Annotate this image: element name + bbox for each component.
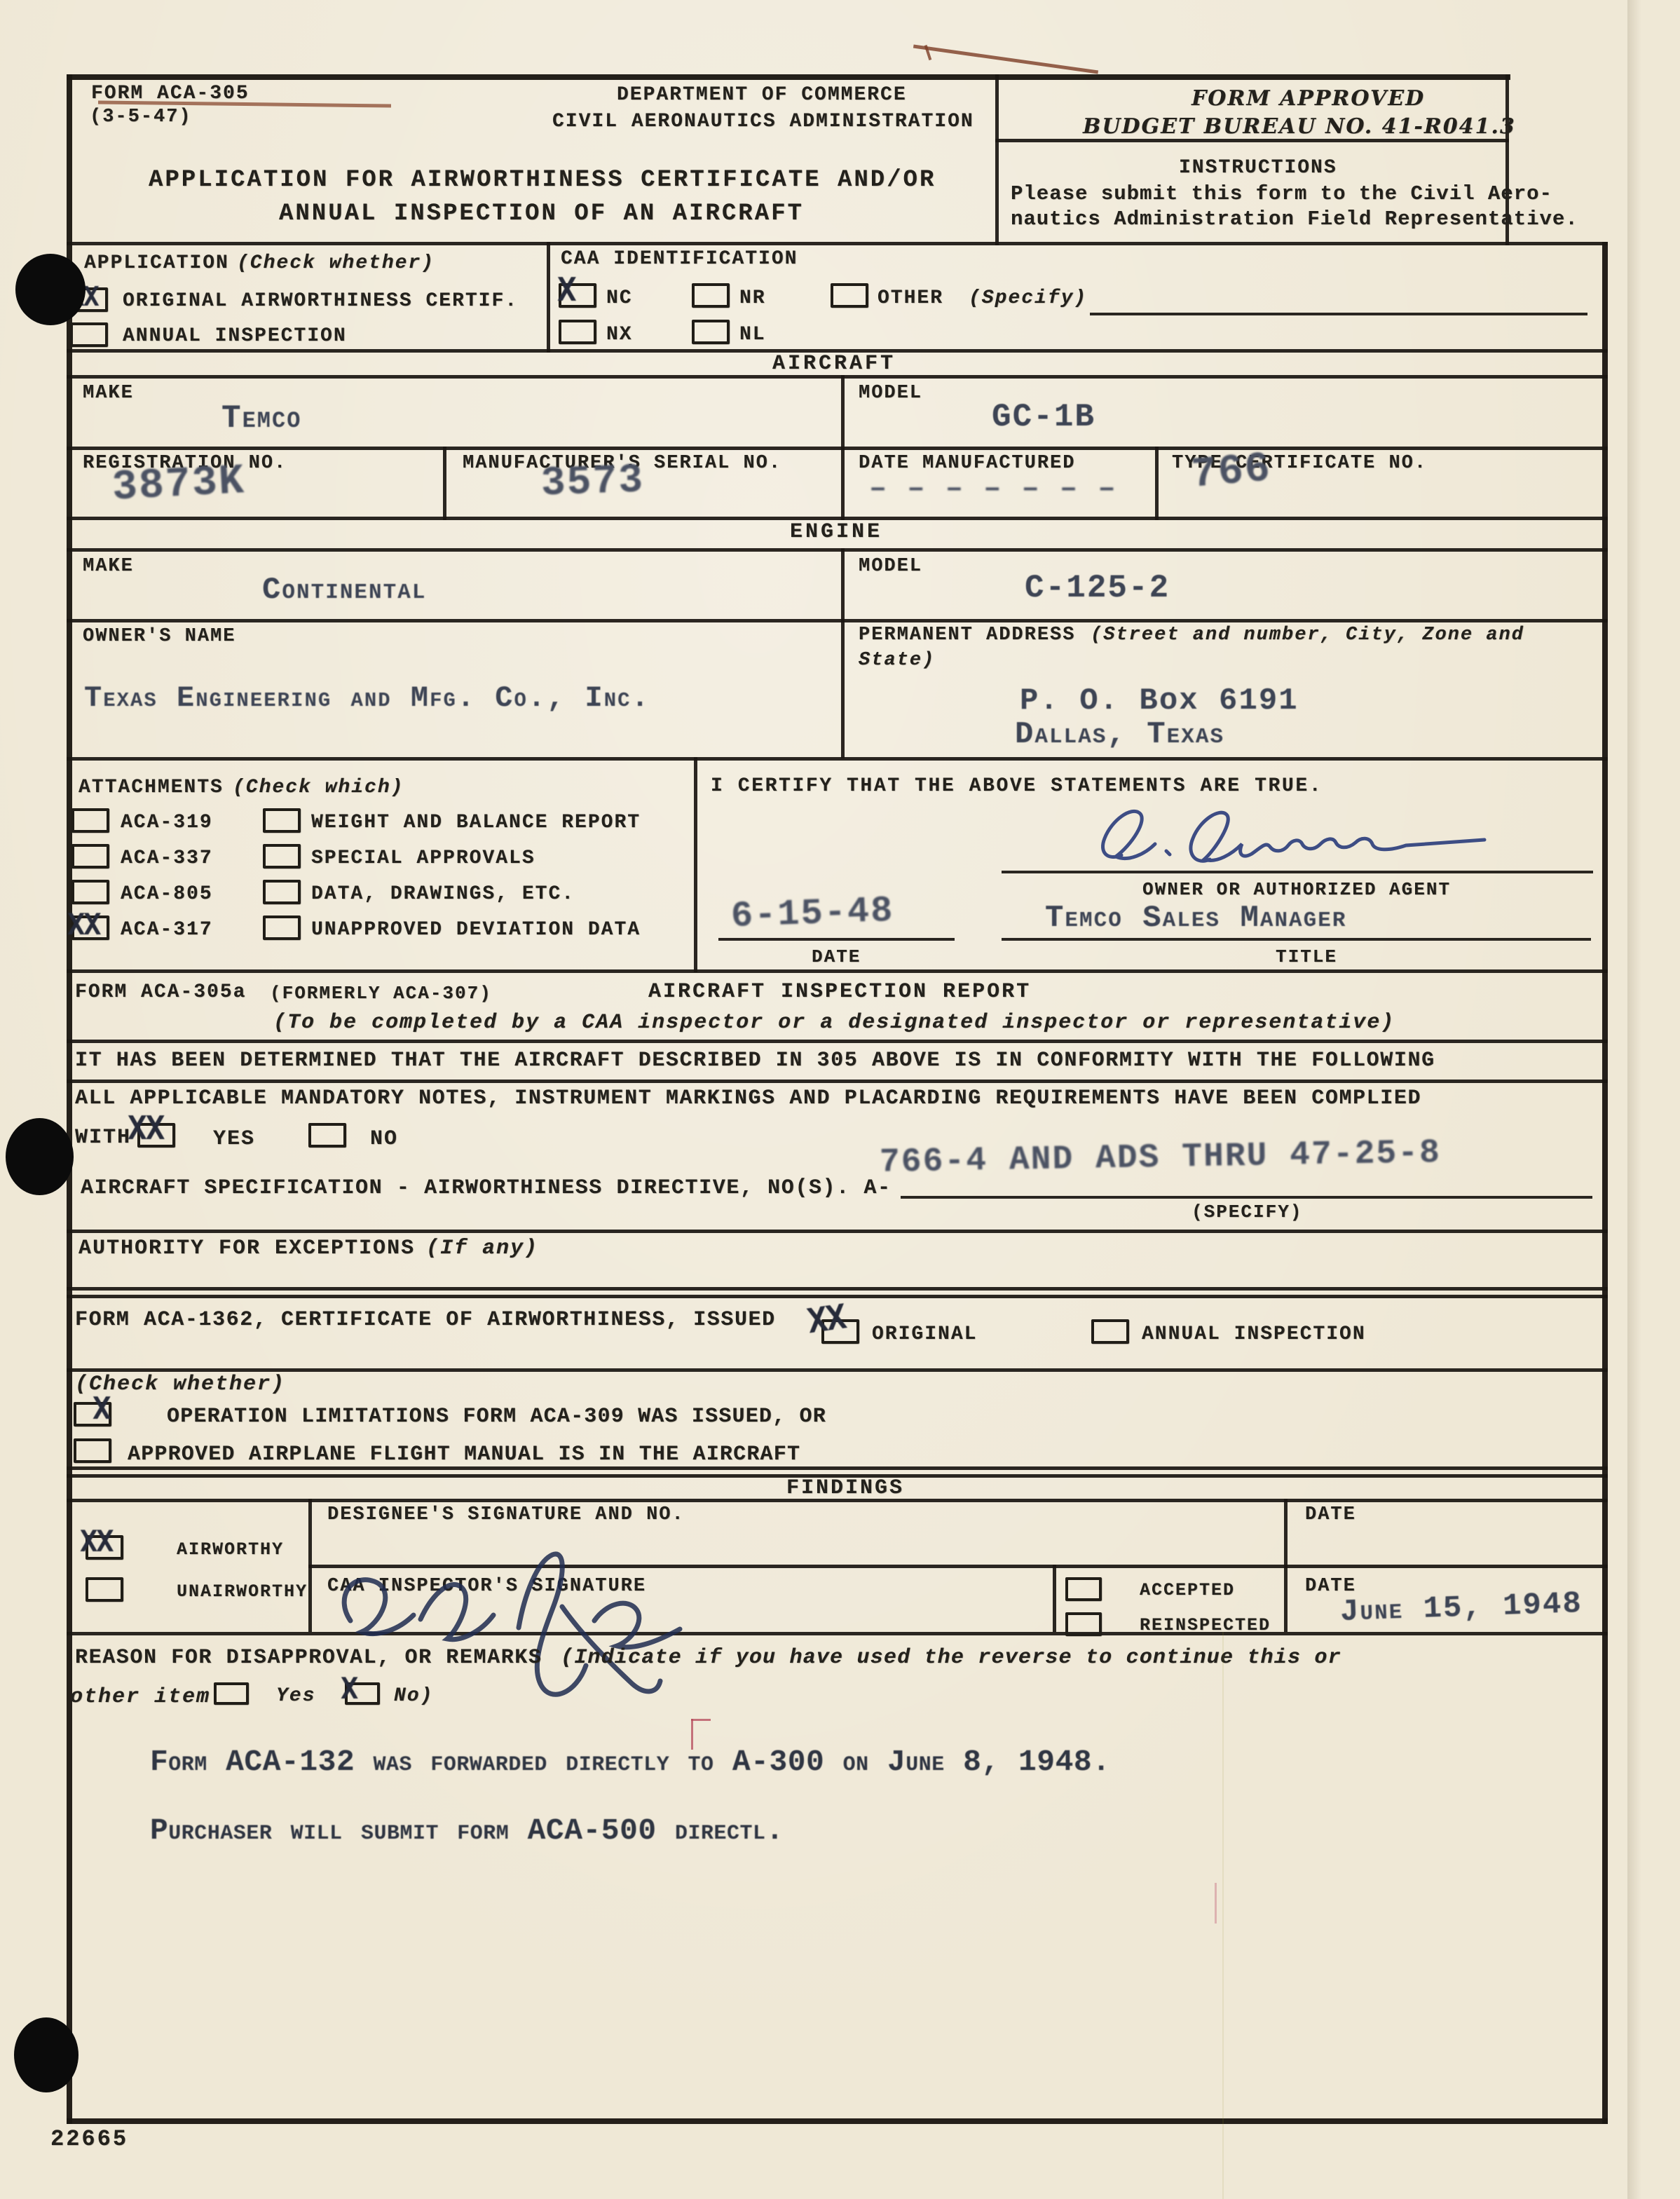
airworthy-mark: XX	[80, 1527, 113, 1556]
unairworthy-checkbox	[86, 1577, 123, 1602]
owner-line-label: OWNER OR AUTHORIZED AGENT	[1142, 880, 1451, 899]
attachments-hint: (Check which)	[233, 778, 404, 798]
findings-date-value: June 15, 1948	[1339, 1588, 1583, 1628]
address-value-line1: P. O. Box 6191	[1020, 686, 1299, 716]
report-formerly: (FORMERLY ACA-307)	[270, 984, 492, 1002]
specify-label: (SPECIFY)	[1191, 1203, 1302, 1221]
authority-label: AUTHORITY FOR EXCEPTIONS	[78, 1238, 415, 1259]
unapproved-deviation-checkbox	[263, 915, 301, 940]
report-title: AIRCRAFT INSPECTION REPORT	[648, 981, 1031, 1002]
line-r17	[67, 1632, 1608, 1635]
aircraft-section-title: AIRCRAFT	[772, 353, 896, 374]
date-mfg-value: – – – – – – –	[869, 474, 1117, 503]
hole-punch-bottom	[14, 2017, 78, 2092]
reason-label: REASON FOR DISAPPROVAL, OR REMARKS	[75, 1647, 542, 1668]
issued-original-label: ORIGINAL	[872, 1325, 977, 1344]
no-label: NO	[370, 1129, 398, 1150]
other-specify-line	[1090, 313, 1587, 315]
line-r4	[67, 447, 1608, 450]
certify-date-label: DATE	[812, 948, 861, 966]
annual-inspection-checkbox	[70, 322, 108, 347]
authority-hint: (If any)	[426, 1238, 538, 1259]
airworthy-label: AIRWORTHY	[177, 1541, 284, 1558]
type-cert-value: 766	[1190, 448, 1273, 497]
border-top	[67, 74, 1510, 80]
other-label: OTHER	[877, 289, 943, 308]
accepted-checkbox	[1065, 1577, 1102, 1601]
special-approvals-checkbox	[263, 844, 301, 869]
engine-model-value: C-125-2	[1025, 572, 1170, 604]
footer-serial: 22665	[50, 2128, 128, 2151]
engine-make-label: MAKE	[83, 557, 134, 576]
op-limitations-label: OPERATION LIMITATIONS FORM ACA-309 WAS I…	[167, 1406, 826, 1427]
form-title-line1: APPLICATION FOR AIRWORTHINESS CERTIFICAT…	[149, 168, 936, 192]
mandatory-line1: ALL APPLICABLE MANDATORY NOTES, INSTRUME…	[75, 1088, 1421, 1109]
weight-balance-label: WEIGHT AND BALANCE REPORT	[311, 813, 641, 833]
yes-label: YES	[213, 1129, 255, 1150]
reverse-no-label: No)	[394, 1687, 433, 1706]
line-r1	[67, 242, 1608, 245]
yes-mark: XX	[128, 1112, 163, 1144]
line-r13a	[67, 1287, 1608, 1291]
line-r15a	[67, 1466, 1608, 1470]
nr-checkbox	[692, 283, 730, 308]
line-eng-col	[841, 548, 845, 758]
annual-inspection-label: ANNUAL INSPECTION	[123, 327, 347, 346]
form-revision: (3-5-47)	[90, 108, 192, 127]
department-line2: CIVIL AERONAUTICS ADMINISTRATION	[552, 112, 974, 132]
remark-line2: Purchaser will submit form ACA-500 direc…	[150, 1816, 784, 1846]
reverse-yes-label: Yes	[276, 1687, 315, 1706]
certify-title-value: Temco Sales Manager	[1045, 903, 1346, 934]
line-r11	[67, 1080, 1608, 1083]
aircraft-model-value: GC-1B	[992, 401, 1095, 433]
issued-annual-checkbox	[1091, 1319, 1129, 1344]
address-hint1: (Street and number, City, Zone and	[1091, 626, 1524, 645]
application-hint: (Check whether)	[237, 254, 435, 273]
certify-date-line	[718, 938, 955, 941]
serial-value: 3573	[540, 461, 645, 505]
line-r10	[67, 1040, 1608, 1043]
instructions-line2: nautics Administration Field Representat…	[1011, 209, 1578, 229]
hole-punch-middle	[6, 1118, 74, 1195]
unapproved-deviation-label: UNAPPROVED DEVIATION DATA	[311, 920, 641, 940]
aircraft-make-value: Temco	[221, 402, 301, 435]
reason-hint1: (Indicate if you have used the reverse t…	[561, 1647, 1341, 1668]
red-pen-tick	[691, 1719, 693, 1750]
approved-line2: BUDGET BUREAU NO. 41-R041.3	[1083, 116, 1516, 137]
line-reg-serial	[443, 447, 446, 520]
aca-805-label: ACA-805	[121, 885, 213, 904]
date-mfg-label: DATE MANUFACTURED	[859, 454, 1075, 473]
reverse-yes-checkbox	[214, 1682, 249, 1705]
line-accepted-col	[1053, 1565, 1056, 1632]
aircraft-make-label: MAKE	[83, 384, 134, 403]
aca1362-label: FORM ACA-1362, CERTIFICATE OF AIRWORTHIN…	[75, 1309, 776, 1330]
line-app-caa	[547, 242, 550, 353]
certify-title-line	[1002, 938, 1591, 941]
aca-317-label: ACA-317	[121, 920, 213, 940]
determination-text: IT HAS BEEN DETERMINED THAT THE AIRCRAFT…	[75, 1050, 1435, 1071]
line-attach-cert	[694, 757, 697, 972]
report-subtitle: (To be completed by a CAA inspector or a…	[273, 1012, 1395, 1033]
engine-model-label: MODEL	[859, 557, 922, 576]
nc-label: NC	[606, 289, 633, 308]
designee-label: DESIGNEE'S SIGNATURE AND NO.	[327, 1506, 685, 1525]
nx-checkbox	[559, 320, 596, 344]
aca-337-checkbox	[71, 844, 109, 869]
aca-317-mark: XX	[67, 910, 100, 939]
owner-label: OWNER'S NAME	[83, 627, 235, 646]
data-drawings-checkbox	[263, 880, 301, 904]
nl-checkbox	[692, 320, 730, 344]
attachments-label: ATTACHMENTS	[78, 778, 224, 798]
form-title-line2: ANNUAL INSPECTION OF AN AIRCRAFT	[279, 202, 804, 226]
accepted-label: ACCEPTED	[1140, 1581, 1235, 1599]
pen-scratch	[913, 45, 1098, 74]
nx-label: NX	[606, 325, 633, 345]
no-checkbox	[308, 1123, 346, 1148]
aca-805-checkbox	[71, 880, 109, 904]
address-value-line2: Dallas, Texas	[1015, 719, 1224, 750]
other-checkbox	[831, 283, 868, 308]
aca-319-checkbox	[71, 808, 109, 833]
findings-section-title: FINDINGS	[786, 1478, 904, 1499]
border-right	[1602, 242, 1608, 2124]
data-drawings-label: DATA, DRAWINGS, ETC.	[311, 885, 575, 904]
owner-signature-line	[1002, 871, 1593, 873]
scan-line-artifact	[1222, 1632, 1224, 2199]
spec-label: AIRCRAFT SPECIFICATION - AIRWORTHINESS D…	[81, 1178, 892, 1199]
remark-line1: Form ACA-132 was forwarded directly to A…	[150, 1747, 1111, 1777]
issued-annual-label: ANNUAL INSPECTION	[1142, 1325, 1366, 1344]
line-r12	[67, 1230, 1608, 1233]
other-hint: (Specify)	[969, 289, 1087, 308]
weight-balance-checkbox	[263, 808, 301, 833]
line-r7	[67, 619, 1608, 622]
aca-319-label: ACA-319	[121, 813, 213, 833]
instructions-line1: Please submit this form to the Civil Aer…	[1011, 184, 1552, 204]
red-pen-tick-top	[691, 1719, 711, 1721]
reason-hint2: other item	[70, 1687, 210, 1708]
line-date-type	[1155, 447, 1159, 520]
nl-label: NL	[739, 325, 766, 345]
hole-punch-top	[15, 254, 86, 325]
special-approvals-label: SPECIAL APPROVALS	[311, 849, 535, 869]
line-header-col	[995, 74, 999, 245]
line-approved-divider	[995, 139, 1509, 142]
aca-337-label: ACA-337	[121, 849, 213, 869]
reinspected-checkbox	[1065, 1612, 1102, 1636]
line-r14	[67, 1368, 1608, 1372]
certify-title-label: TITLE	[1276, 948, 1337, 966]
op-limitations-mark: X	[93, 1394, 110, 1424]
line-r8	[67, 757, 1608, 761]
line-r9	[67, 969, 1608, 973]
approved-line1: FORM APPROVED	[1191, 88, 1425, 109]
flight-manual-checkbox	[74, 1438, 111, 1463]
border-bottom	[67, 2118, 1608, 2124]
border-left	[67, 74, 72, 2124]
engine-section-title: ENGINE	[790, 522, 882, 543]
reinspected-label: REINSPECTED	[1140, 1616, 1271, 1634]
issued-original-mark: XX	[805, 1300, 847, 1338]
registration-value: 3873K	[111, 461, 247, 510]
line-r6	[67, 548, 1608, 552]
mandatory-line2: WITH	[75, 1127, 131, 1148]
original-certif-label: ORIGINAL AIRWORTHINESS CERTIF.	[123, 292, 518, 311]
address-hint2: State)	[859, 651, 935, 670]
department-line1: DEPARTMENT OF COMMERCE	[617, 86, 907, 105]
certify-date-value: 6-15-48	[730, 893, 894, 935]
paper-crease-right	[1627, 0, 1641, 2199]
spec-value: 766-4 AND ADS THRU 47-25-8	[880, 1136, 1442, 1180]
caa-id-label: CAA IDENTIFICATION	[561, 250, 798, 269]
aircraft-model-label: MODEL	[859, 384, 922, 403]
findings-date-label1: DATE	[1305, 1506, 1356, 1525]
findings-date-label2: DATE	[1305, 1577, 1356, 1596]
owner-signature	[1072, 791, 1521, 889]
nr-label: NR	[739, 289, 766, 308]
spec-line	[901, 1196, 1592, 1199]
unairworthy-label: UNAIRWORTHY	[177, 1583, 308, 1600]
application-label: APPLICATION	[84, 254, 229, 273]
report-form-number: FORM ACA-305a	[75, 983, 246, 1002]
scanned-form-page: FORM ACA-305 (3-5-47) DEPARTMENT OF COMM…	[0, 0, 1680, 2199]
nc-mark: X	[557, 273, 575, 306]
pink-pen-mark	[1215, 1883, 1217, 1924]
owner-value: Texas Engineering and Mfg. Co., Inc.	[84, 683, 650, 713]
address-label: PERMANENT ADDRESS	[859, 626, 1075, 645]
instructions-title: INSTRUCTIONS	[1179, 158, 1337, 178]
engine-make-value: Continental	[262, 575, 426, 606]
flight-manual-label: APPROVED AIRPLANE FLIGHT MANUAL IS IN TH…	[128, 1444, 800, 1465]
reverse-no-mark: X	[341, 1674, 357, 1703]
